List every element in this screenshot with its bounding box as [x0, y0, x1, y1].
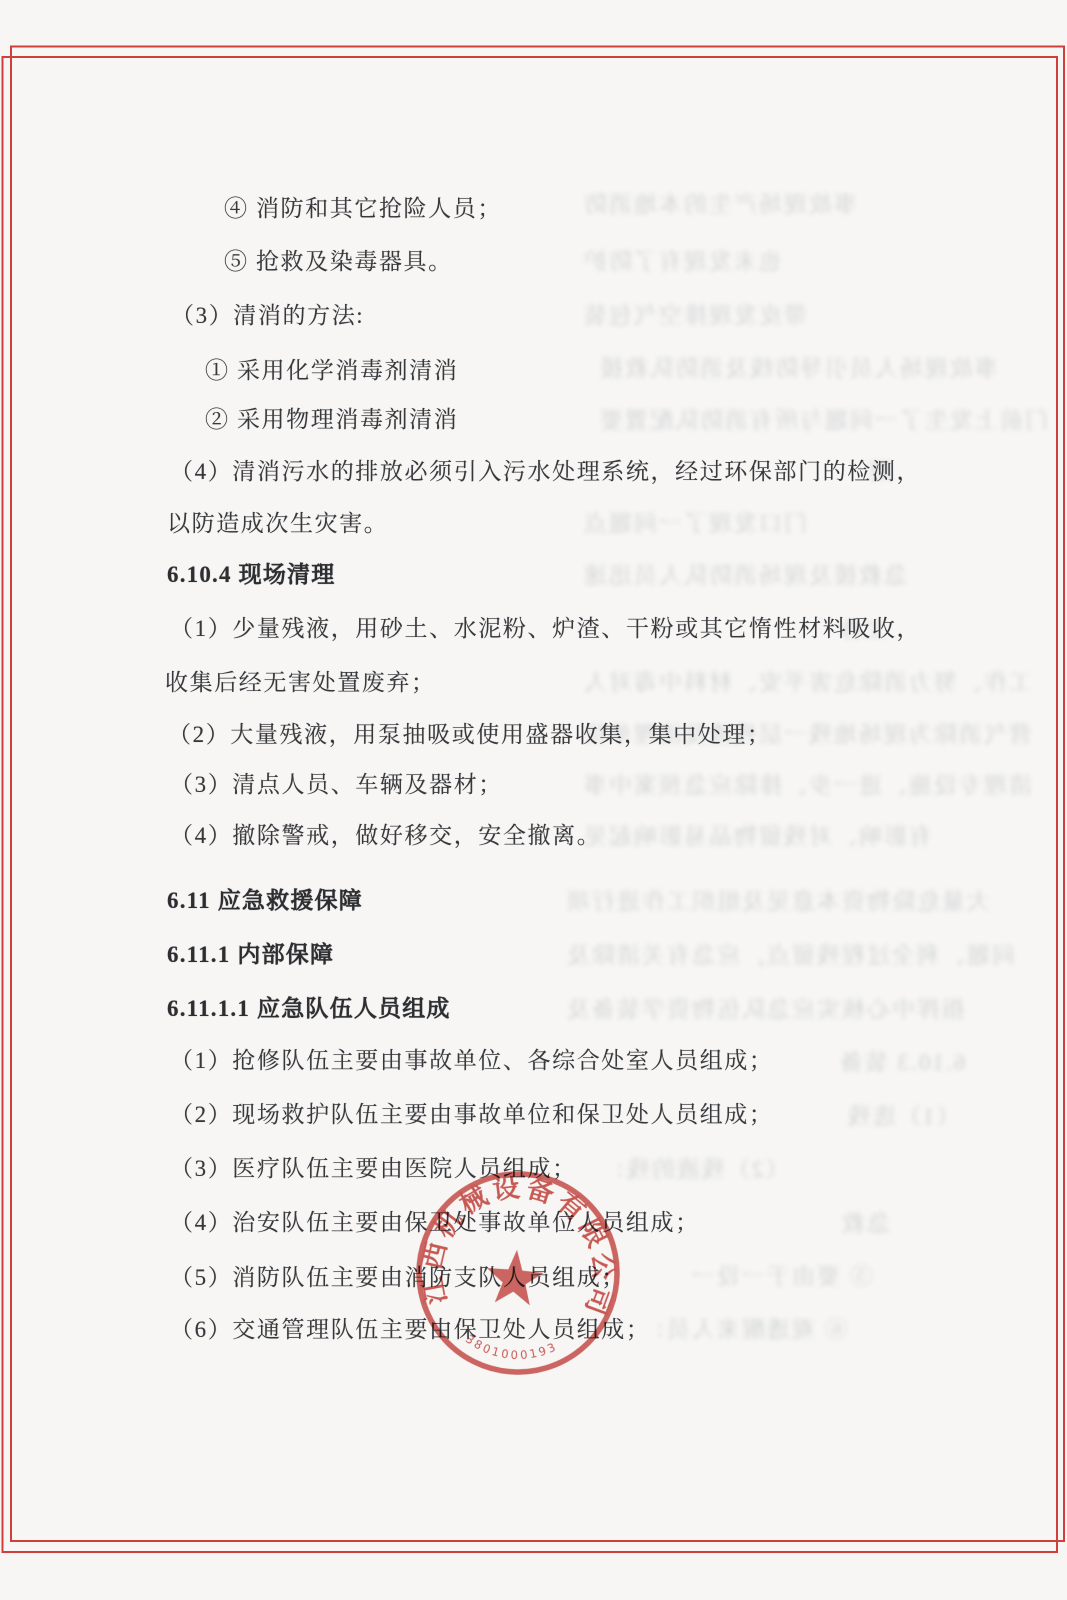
text-line: ⑤ 抢救及染毒器具。: [224, 243, 453, 276]
heading-line: 6.11.1 内部保障: [167, 936, 334, 969]
text-line: （6）交通管理队伍主要由保卫处人员组成；: [170, 1311, 651, 1344]
heading-line: 6.10.4 现场清理: [167, 556, 335, 589]
text-layer: ④ 消防和其它抢险人员；⑤ 抢救及染毒器具。（3）清消的方法:① 采用化学消毒剂…: [0, 0, 1067, 1600]
text-line: （4）清消污水的排放必须引入污水处理系统，经过环保部门的检测，: [170, 453, 921, 486]
text-line: ② 采用物理消毒剂清消: [205, 401, 458, 434]
text-line: （5）消防队伍主要由消防支队人员组成；: [170, 1259, 626, 1292]
heading-line: 6.11 应急救援保障: [167, 882, 363, 915]
text-line: （4）治安队伍主要由保卫处事故单位人员组成；: [170, 1204, 700, 1237]
text-line: 收集后经无害处置废弃；: [165, 664, 436, 697]
text-line: （2）现场救护队伍主要由事故单位和保卫处人员组成；: [170, 1096, 774, 1129]
text-line: （1）抢修队伍主要由事故单位、各综合处室人员组成；: [170, 1042, 774, 1075]
text-line: （2）大量残液，用泵抽吸或使用盛器收集，集中处理；: [168, 716, 772, 749]
text-line: （3）清消的方法:: [171, 297, 364, 330]
text-line: ① 采用化学消毒剂清消: [205, 352, 458, 385]
text-line: ④ 消防和其它抢险人员；: [224, 190, 502, 223]
text-line: 以防造成次生灾害。: [167, 505, 388, 538]
text-line: （3）清点人员、车辆及器材；: [170, 766, 503, 799]
text-line: （1）少量残液，用砂土、水泥粉、炉渣、干粉或其它惰性材料吸收，: [170, 610, 921, 643]
scanned-document-page: 事故现场产生的本地消防也未发现有了防护带皮发现排空气包装事故现场人员引导防线及消…: [0, 0, 1067, 1600]
text-line: （3）医疗队伍主要由医院人员组成；: [170, 1150, 577, 1183]
heading-line: 6.11.1.1 应急队伍人员组成: [167, 990, 451, 1023]
text-line: （4）撤除警戒，做好移交，安全撤离。: [170, 817, 601, 850]
